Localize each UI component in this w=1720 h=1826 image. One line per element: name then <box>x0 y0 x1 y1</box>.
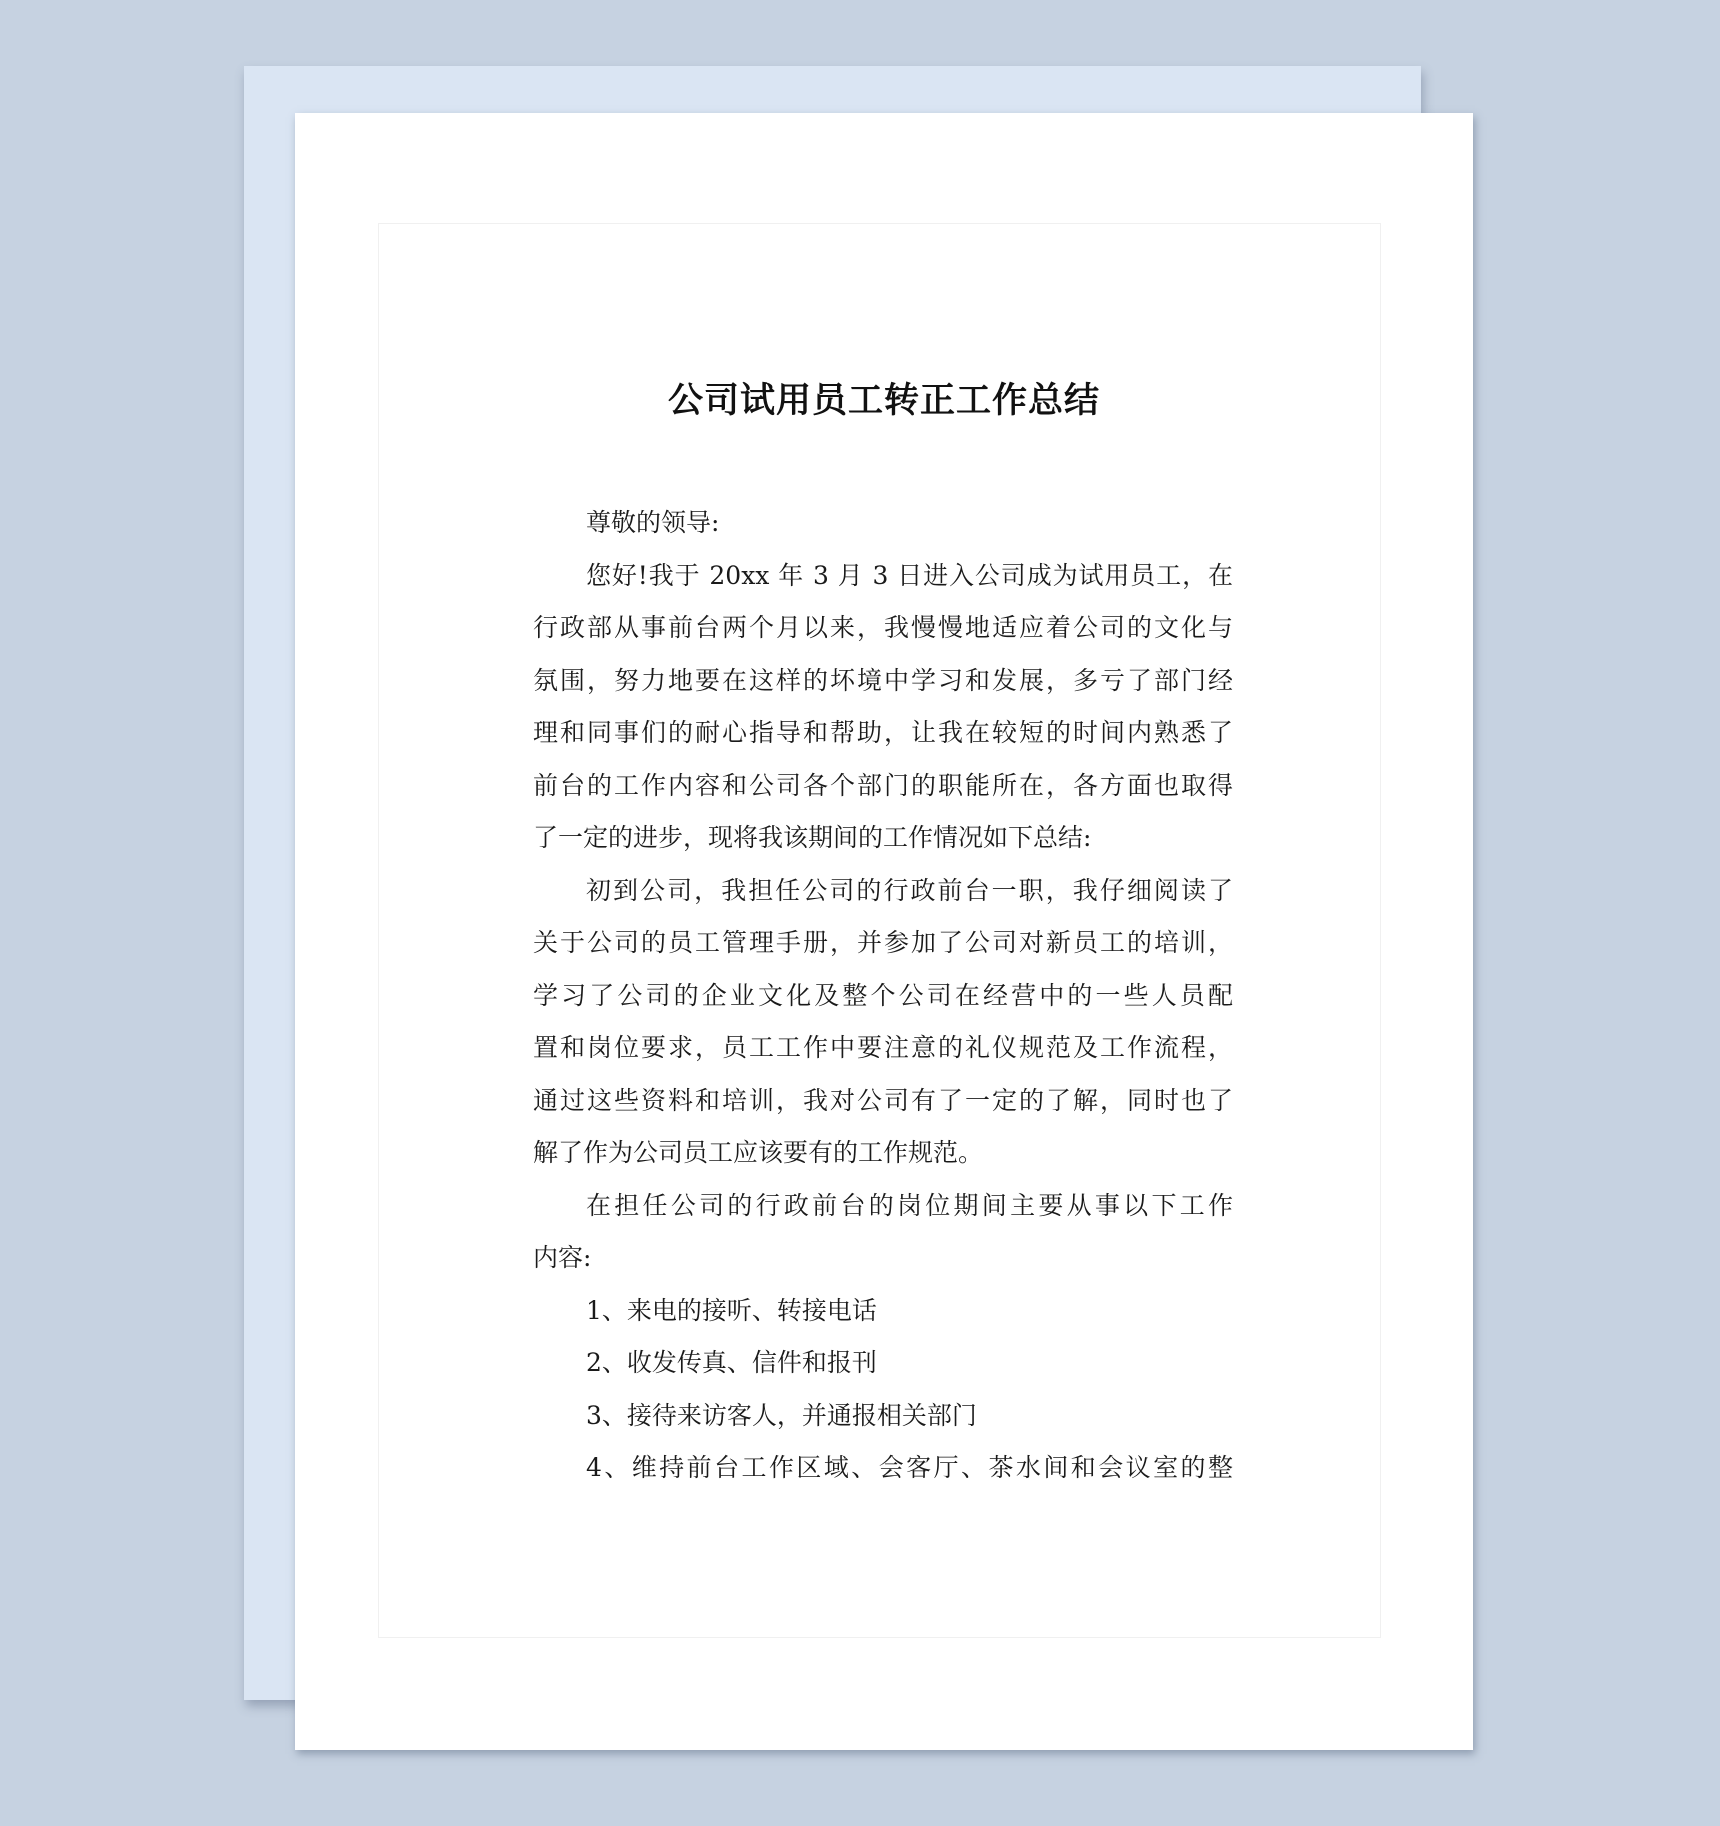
paragraph-line: 在担任公司的行政前台的岗位期间主要从事以下工作 <box>533 1180 1233 1233</box>
list-item: 3、接待来访客人，并通报相关部门 <box>533 1390 1233 1443</box>
paragraph-line: 通过这些资料和培训，我对公司有了一定的了解，同时也了 <box>533 1075 1233 1128</box>
paragraph-line: 学习了公司的企业文化及整个公司在经营中的一些人员配 <box>533 970 1233 1023</box>
paragraph-line: 理和同事们的耐心指导和帮助，让我在较短的时间内熟悉了 <box>533 707 1233 760</box>
paragraph-line: 关于公司的员工管理手册，并参加了公司对新员工的培训， <box>533 917 1233 970</box>
list-item: 1、来电的接听、转接电话 <box>533 1285 1233 1338</box>
paragraph-line: 置和岗位要求，员工工作中要注意的礼仪规范及工作流程， <box>533 1022 1233 1075</box>
paragraph-line: 解了作为公司员工应该要有的工作规范。 <box>533 1127 1233 1180</box>
document-body: 尊敬的领导: 您好!我于 20xx 年 3 月 3 日进入公司成为试用员工，在 … <box>533 497 1233 1495</box>
list-item: 2、收发传真、信件和报刊 <box>533 1337 1233 1390</box>
paragraph-line: 您好!我于 20xx 年 3 月 3 日进入公司成为试用员工，在 <box>533 550 1233 603</box>
paragraph-line: 氛围，努力地要在这样的坏境中学习和发展，多亏了部门经 <box>533 655 1233 708</box>
greeting-line: 尊敬的领导: <box>533 497 1233 550</box>
document-page: 公司试用员工转正工作总结 尊敬的领导: 您好!我于 20xx 年 3 月 3 日… <box>295 113 1473 1750</box>
paragraph-line: 了一定的进步，现将我该期间的工作情况如下总结: <box>533 812 1233 865</box>
paragraph-line: 内容: <box>533 1232 1233 1285</box>
list-item: 4、维持前台工作区域、会客厅、茶水间和会议室的整 <box>533 1442 1233 1495</box>
paragraph-line: 初到公司，我担任公司的行政前台一职，我仔细阅读了 <box>533 865 1233 918</box>
paragraph-line: 行政部从事前台两个月以来，我慢慢地适应着公司的文化与 <box>533 602 1233 655</box>
paragraph-line: 前台的工作内容和公司各个部门的职能所在，各方面也取得 <box>533 760 1233 813</box>
document-title: 公司试用员工转正工作总结 <box>295 381 1473 421</box>
